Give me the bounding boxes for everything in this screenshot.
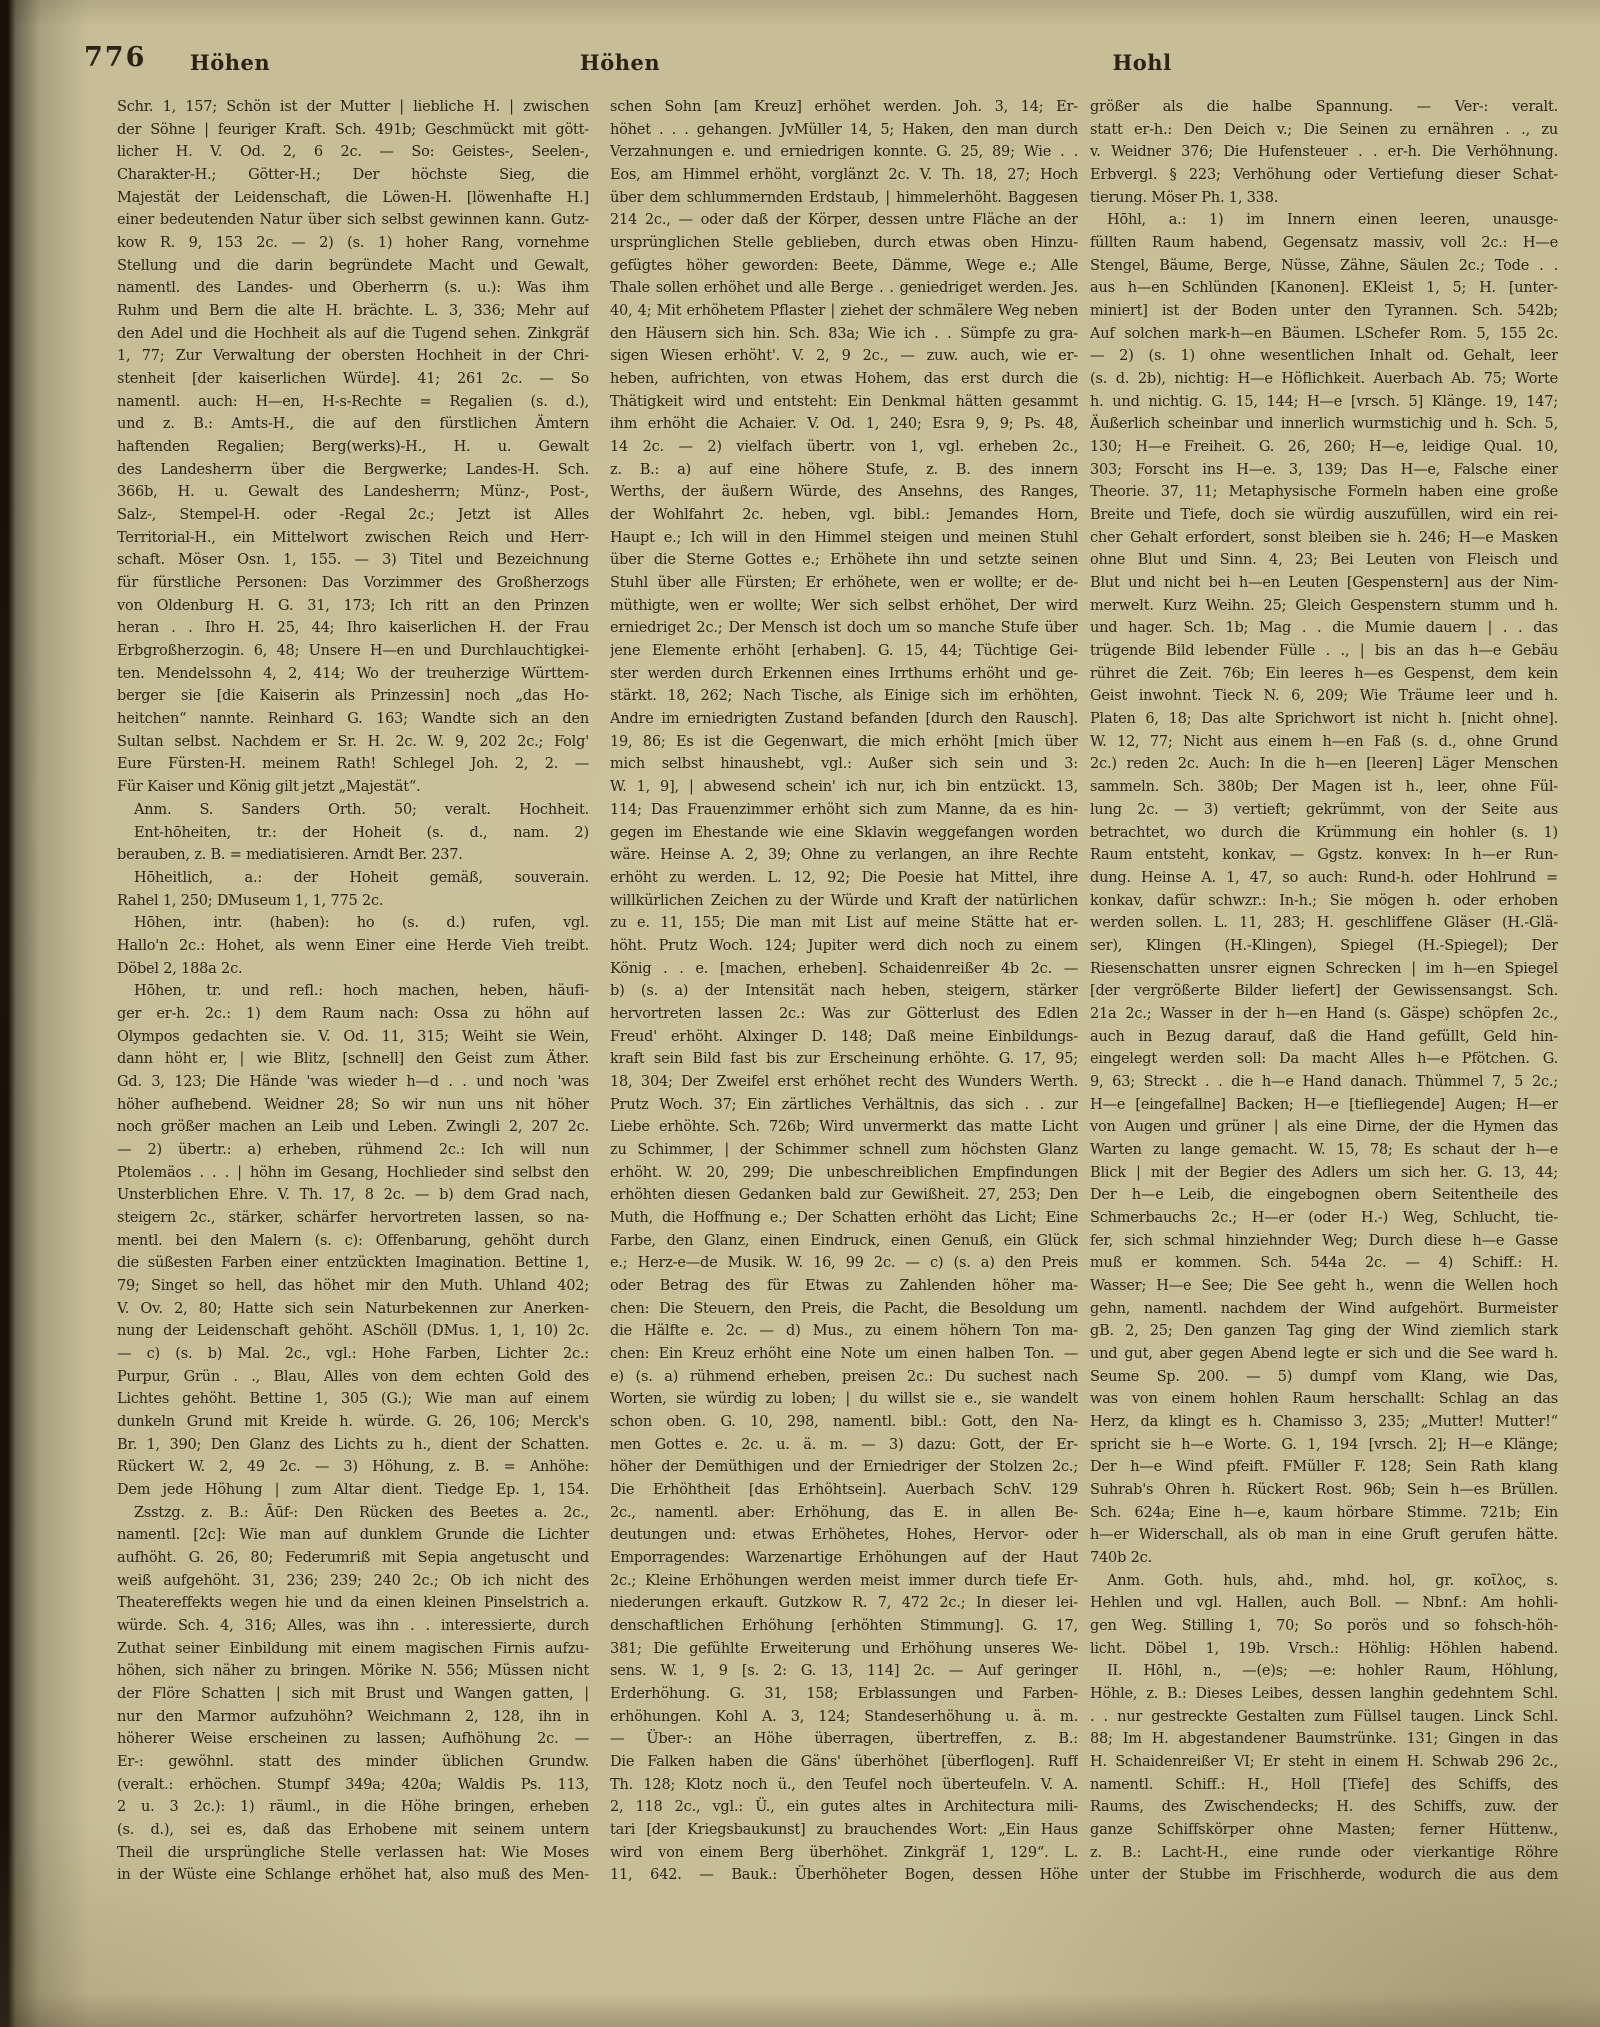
text-line: Stellung und die darin begründete Macht … bbox=[117, 255, 589, 278]
text-line: spricht sie h—e Worte. G. 1, 194 [vrsch.… bbox=[1090, 1434, 1558, 1457]
text-line: Dem jede Höhung | zum Altar dient. Tiedg… bbox=[117, 1479, 589, 1502]
text-line: jene Elemente erhöht [erhaben]. G. 15, 4… bbox=[610, 640, 1078, 663]
text-line: Döbel 2, 188a 2c. bbox=[117, 958, 589, 981]
text-line: der Wohlfahrt 2c. heben, vgl. bibl.: Jem… bbox=[610, 504, 1078, 527]
text-line: h. und nichtig. G. 15, 144; H—e [vrsch. … bbox=[1090, 391, 1558, 414]
text-line: Raum entsteht, konkav, — Ggstz. konvex: … bbox=[1090, 844, 1558, 867]
text-line: Emporragendes: Warzenartige Erhöhungen a… bbox=[610, 1547, 1078, 1570]
text-line: höher aufhebend. Weidner 28; So wir nun … bbox=[117, 1094, 589, 1117]
text-line: Hōhl, a.: 1) im Innern einen leeren, una… bbox=[1090, 209, 1558, 232]
text-line: niederungen erkauft. Gutzkow R. 7, 472 2… bbox=[610, 1592, 1078, 1615]
text-line: 130; H—e Freiheit. G. 26, 260; H—e, leid… bbox=[1090, 436, 1558, 459]
text-line: 214 2c., — oder daß der Körper, dessen u… bbox=[610, 209, 1078, 232]
text-line: namentl. des Landes- und Oberherrn (s. u… bbox=[117, 277, 589, 300]
text-line: größer als die halbe Spannung. — Ver-: v… bbox=[1090, 96, 1558, 119]
text-line: Schmerbauchs 2c.; H—er (oder H.-) Weg, S… bbox=[1090, 1207, 1558, 1230]
text-line: den Häusern sich hin. Sch. 83a; Wie ich … bbox=[610, 323, 1078, 346]
text-line: rühret die Zeit. 76b; Ein leeres h—es Ge… bbox=[1090, 663, 1558, 686]
text-line: Ent-hōheiten, tr.: der Hoheit (s. d., na… bbox=[117, 822, 589, 845]
text-line: ohne Blut und Sinn. 4, 23; Bei Leuten vo… bbox=[1090, 549, 1558, 572]
text-line: haftenden Regalien; Berg(werks)-H., H. u… bbox=[117, 436, 589, 459]
text-line: nung der Leidenschaft gehöht. ASchöll (D… bbox=[117, 1320, 589, 1343]
text-line: sigen Wiesen erhöht'. V. 2, 9 2c., — zuw… bbox=[610, 345, 1078, 368]
text-line: in der Wüste eine Schlange erhöhet hat, … bbox=[117, 1864, 589, 1887]
text-line: licht. Döbel 1, 19b. Vrsch.: Höhlig: Höh… bbox=[1090, 1638, 1558, 1661]
text-line: Blick | mit der Begier des Adlers um sic… bbox=[1090, 1162, 1558, 1185]
text-line: V. Ov. 2, 80; Hatte sich sein Naturbeken… bbox=[117, 1298, 589, 1321]
text-line: cher Gehalt erfordert, sonst bleiben sie… bbox=[1090, 527, 1558, 550]
text-line: Blut und nicht bei h—en Leuten [Gespenst… bbox=[1090, 572, 1558, 595]
text-line: erhöht zu werden. L. 12, 92; Die Poesie … bbox=[610, 867, 1078, 890]
text-line: erhöht. W. 20, 299; Die unbeschreibliche… bbox=[610, 1162, 1078, 1185]
text-line: Theatereffekts wegen hie und da einen kl… bbox=[117, 1592, 589, 1615]
text-line: Breite und Tiefe, doch sie würdig auszuf… bbox=[1090, 504, 1558, 527]
text-line: 2, 118 2c., vgl.: Ü., ein gutes altes in… bbox=[610, 1796, 1078, 1819]
text-line: würde. Sch. 4, 316; Alles, was ihn . . i… bbox=[117, 1615, 589, 1638]
text-line: Hehlen und vgl. Hallen, auch Boll. — Nbn… bbox=[1090, 1592, 1558, 1615]
text-line: Er-: gewöhnl. statt des minder üblichen … bbox=[117, 1751, 589, 1774]
text-line: 740b 2c. bbox=[1090, 1547, 1558, 1570]
text-line: Sultan selbst. Nachdem er Sr. H. 2c. W. … bbox=[117, 731, 589, 754]
text-line: — 2) (s. 1) ohne wesentlichen Inhalt od.… bbox=[1090, 345, 1558, 368]
text-line: 366b, H. u. Gewalt des Landesherrn; Münz… bbox=[117, 481, 589, 504]
text-line: fer, sich schmal hinziehnder Weg; Durch … bbox=[1090, 1230, 1558, 1253]
text-line: zu Schimmer, | der Schimmer schnell zum … bbox=[610, 1139, 1078, 1162]
text-line: Freud' erhöht. Alxinger D. 148; Daß mein… bbox=[610, 1026, 1078, 1049]
text-line: namentl. Schiff.: H., Holl [Tiefe] des S… bbox=[1090, 1774, 1558, 1797]
text-line: trügende Bild lebender Fülle . ., | bis … bbox=[1090, 640, 1558, 663]
text-line: sammeln. Sch. 380b; Der Magen ist h., le… bbox=[1090, 776, 1558, 799]
text-line: die süßesten Farben einer entzückten Ima… bbox=[117, 1252, 589, 1275]
text-line: Höhle, z. B.: Dieses Leibes, dessen lang… bbox=[1090, 1683, 1558, 1706]
text-line: und gut, aber gegen Abend legte er sich … bbox=[1090, 1343, 1558, 1366]
text-line: gB. 2, 25; Den ganzen Tag ging der Wind … bbox=[1090, 1320, 1558, 1343]
text-line: dunkeln Grund mit Kreide h. würde. G. 26… bbox=[117, 1411, 589, 1434]
text-line: Unsterblichen Ehre. V. Th. 17, 8 2c. — b… bbox=[117, 1184, 589, 1207]
text-line: — 2) übertr.: a) erheben, rühmend 2c.: I… bbox=[117, 1139, 589, 1162]
text-line: Warten zu lange gemacht. W. 15, 78; Es s… bbox=[1090, 1139, 1558, 1162]
text-line: über die Sterne Gottes e.; Erhöhete ihn … bbox=[610, 549, 1078, 572]
text-line: 2 u. 3 2c.): 1) räuml., in die Höhe brin… bbox=[117, 1796, 589, 1819]
text-line: tierung. Möser Ph. 1, 338. bbox=[1090, 187, 1558, 210]
text-line: e.; Herz-e—de Musik. W. 16, 99 2c. — c) … bbox=[610, 1252, 1078, 1275]
text-line: Geist inwohnt. Tieck N. 6, 209; Wie Träu… bbox=[1090, 685, 1558, 708]
text-line: den Adel und die Hochheit als auf die Tu… bbox=[117, 323, 589, 346]
text-line: weiß aufgehöht. 31, 236; 239; 240 2c.; O… bbox=[117, 1570, 589, 1593]
text-line: 88; Im H. abgestandener Baumstrünke. 131… bbox=[1090, 1728, 1558, 1751]
text-line: dann höht er, | wie Blitz, [schnell] den… bbox=[117, 1048, 589, 1071]
text-line: (veralt.: erhöchen. Stumpf 349a; 420a; W… bbox=[117, 1774, 589, 1797]
text-line: chen: Ein Kreuz erhöht eine Note um eine… bbox=[610, 1343, 1078, 1366]
text-line: Erbgroßherzogin. 6, 48; Unsere H—en und … bbox=[117, 640, 589, 663]
text-line: chen: Die Steuern, den Preis, die Pacht,… bbox=[610, 1298, 1078, 1321]
text-line: 40, 4; Mit erhöhetem Pflaster | ziehet d… bbox=[610, 300, 1078, 323]
text-line: über dem schlummernden Erdstaub, | himme… bbox=[610, 187, 1078, 210]
text-line: heben, aufrichten, von etwas Hohem, das … bbox=[610, 368, 1078, 391]
text-line: für fürstliche Personen: Das Vorzimmer d… bbox=[117, 572, 589, 595]
text-line: Anm. S. Sanders Orth. 50; veralt. Hochhe… bbox=[117, 799, 589, 822]
text-line: 381; Die gefühlte Erweiterung und Erhöhu… bbox=[610, 1638, 1078, 1661]
text-line: Eos, am Himmel erhöht, vorglänzt 2c. V. … bbox=[610, 164, 1078, 187]
text-line: wird von einem Berg überhöhet. Zinkgräf … bbox=[610, 1842, 1078, 1865]
text-line: ster werden durch Erkennen eines Irrthum… bbox=[610, 663, 1078, 686]
text-line: Farbe, den Glanz, einen Eindruck, einen … bbox=[610, 1230, 1078, 1253]
text-line: Herz, da klingt es h. Chamisso 3, 235; „… bbox=[1090, 1411, 1558, 1434]
text-line: von Augen und grüner | als eine Dirne, d… bbox=[1090, 1116, 1558, 1139]
text-line: und hager. Sch. 1b; Mag . . die Mumie da… bbox=[1090, 617, 1558, 640]
text-line: und z. B.: Amts-H., die auf den fürstlic… bbox=[117, 413, 589, 436]
running-head-right: Hohl bbox=[1112, 50, 1171, 75]
text-line: 9, 63; Streckt . . die h—e Hand danach. … bbox=[1090, 1071, 1558, 1094]
text-line: H—e [eingefallne] Backen; H—e [tiefliege… bbox=[1090, 1094, 1558, 1117]
text-line: (s. d. 2b), nichtig: H—e Höflichkeit. Au… bbox=[1090, 368, 1558, 391]
text-line: Worten, sie würdig zu loben; | du willst… bbox=[610, 1388, 1078, 1411]
text-line: Lichtes gehöht. Bettine 1, 305 (G.); Wie… bbox=[117, 1388, 589, 1411]
text-line: des Landesherrn über die Bergwerke; Land… bbox=[117, 459, 589, 482]
text-line: gefügtes höher geworden: Beete, Dämme, W… bbox=[610, 255, 1078, 278]
text-line: Erderhöhung. G. 31, 158; Erblassungen un… bbox=[610, 1683, 1078, 1706]
text-line: gegen im Ehestande wie eine Sklavin wegg… bbox=[610, 822, 1078, 845]
text-line: muß er kommen. Sch. 544a 2c. — 4) Schiff… bbox=[1090, 1252, 1558, 1275]
text-line: tari [der Kriegsbaukunst] zu brauchendes… bbox=[610, 1819, 1078, 1842]
text-line: Auf solchen mark-h—en Bäumen. LSchefer R… bbox=[1090, 323, 1558, 346]
text-line: mentl. bei den Malern (s. c): Offenbarun… bbox=[117, 1230, 589, 1253]
text-line: b) (s. a) der Intensität nach heben, ste… bbox=[610, 980, 1078, 1003]
text-line: Ruhm und Bern die alte H. brächte. L. 3,… bbox=[117, 300, 589, 323]
text-line: auch in Bezug darauf, daß die Hand gefül… bbox=[1090, 1026, 1558, 1049]
text-line: der Söhne | feuriger Kraft. Sch. 491b; G… bbox=[117, 119, 589, 142]
text-line: merwelt. Kurz Weihn. 25; Gleich Gespenst… bbox=[1090, 595, 1558, 618]
text-line: 2c.; Kleine Erhöhungen werden meist imme… bbox=[610, 1570, 1078, 1593]
text-line: miniert] ist der Boden unter den Tyranne… bbox=[1090, 300, 1558, 323]
text-line: 11, 642. — Bauk.: Überhöheter Bogen, des… bbox=[610, 1864, 1078, 1887]
text-line: ten. Mendelssohn 4, 2, 414; Wo der treuh… bbox=[117, 663, 589, 686]
text-line: namentl. [2c]: Wie man auf dunklem Grund… bbox=[117, 1524, 589, 1547]
text-line: [der vergrößerte Bilder liefert] der Gew… bbox=[1090, 980, 1558, 1003]
text-line: aus h—en Schlünden [Kanonen]. EKleist 1,… bbox=[1090, 277, 1558, 300]
text-line: z. B.: a) auf eine höhere Stufe, z. B. d… bbox=[610, 459, 1078, 482]
text-line: Gd. 3, 123; Die Hände 'was wieder h—d . … bbox=[117, 1071, 589, 1094]
text-line: 2c., namentl. aber: Erhöhung, das E. in … bbox=[610, 1502, 1078, 1525]
text-line: (s. d.), sei es, daß das Erhobene mit se… bbox=[117, 1819, 589, 1842]
text-column-1: Schr. 1, 157; Schön ist der Mutter | lie… bbox=[117, 96, 589, 1887]
page-number: 776 bbox=[84, 42, 146, 73]
text-line: höhet . . . gehangen. JvMüller 14, 5; Ha… bbox=[610, 119, 1078, 142]
text-line: Zsstzg. z. B.: Āūf-: Den Rücken des Beet… bbox=[117, 1502, 589, 1525]
text-line: W. 1, 9], | abwesend schein' ich nur, ic… bbox=[610, 776, 1078, 799]
text-line: Stuhl über alle Fürsten; Er erhöhete, we… bbox=[610, 572, 1078, 595]
text-line: Andre im erniedrigten Zustand befanden [… bbox=[610, 708, 1078, 731]
text-line: stenheit [der kaiserlichen Würde]. 41; 2… bbox=[117, 368, 589, 391]
text-line: Raums, des Zwischendecks; H. des Schiffs… bbox=[1090, 1796, 1558, 1819]
text-line: höherer Weise erscheinen zu lassen; Aufh… bbox=[117, 1728, 589, 1751]
text-line: einer bedeutenden Natur über sich selbst… bbox=[117, 209, 589, 232]
text-line: 303; Forscht ins H—e. 3, 139; Das H—e, F… bbox=[1090, 459, 1558, 482]
text-line: ursprünglichen Stelle geblieben, durch e… bbox=[610, 232, 1078, 255]
text-line: höhen, sich näher zu bringen. Mörike N. … bbox=[117, 1660, 589, 1683]
text-line: z. B.: Lacht-H., eine runde oder vierkan… bbox=[1090, 1842, 1558, 1865]
text-line: schaft. Möser Osn. 1, 155. — 3) Titel un… bbox=[117, 549, 589, 572]
text-line: nur den Marmor aufzuhöhn? Weichmann 2, 1… bbox=[117, 1706, 589, 1729]
text-line: müthigte, wen er wollte; Wer sich selbst… bbox=[610, 595, 1078, 618]
text-line: willkürlichen Zeichen zu der Würde und K… bbox=[610, 890, 1078, 913]
text-line: 14 2c. — 2) vielfach übertr. von 1, vgl.… bbox=[610, 436, 1078, 459]
text-line: heran . . Ihro H. 25, 44; Ihro kaiserlic… bbox=[117, 617, 589, 640]
text-line: schon oben. G. 10, 298, namentl. bibl.: … bbox=[610, 1411, 1078, 1434]
text-line: ger er-h. 2c.: 1) dem Raum nach: Ossa zu… bbox=[117, 1003, 589, 1026]
text-line: Sch. 624a; Eine h—e, kaum hörbare Stimme… bbox=[1090, 1502, 1558, 1525]
text-line: H. Schaidenreißer VI; Er steht in einem … bbox=[1090, 1751, 1558, 1774]
text-line: mich selbst hinaushebt, vgl.: Außer sich… bbox=[610, 753, 1078, 776]
text-line: Prutz Woch. 37; Ein zärtliches Verhältni… bbox=[610, 1094, 1078, 1117]
text-line: betrachtet, wo durch die Krümmung ein ho… bbox=[1090, 822, 1558, 845]
text-line: Wasser; H—e See; Die See geht h., wenn d… bbox=[1090, 1275, 1558, 1298]
text-line: Der h—e Leib, die eingebognen obern Seit… bbox=[1090, 1184, 1558, 1207]
text-line: höht. Prutz Woch. 124; Jupiter werd dich… bbox=[610, 935, 1078, 958]
text-line: Zuthat seiner Einbildung mit einem magis… bbox=[117, 1638, 589, 1661]
text-line: v. Weidner 376; Die Hufensteuer . . er-h… bbox=[1090, 141, 1558, 164]
text-line: noch größer machen an Leib und Leben. Zw… bbox=[117, 1116, 589, 1139]
text-line: Hōheitlich, a.: der Hoheit gemäß, souver… bbox=[117, 867, 589, 890]
text-column-2: schen Sohn [am Kreuz] erhöhet werden. Jo… bbox=[610, 96, 1078, 1887]
text-line: was von einem hohlen Raum herschallt: Sc… bbox=[1090, 1388, 1558, 1411]
text-line: Die Falken haben die Gäns' überhöhet [üb… bbox=[610, 1751, 1078, 1774]
text-line: Hōhen, tr. und refl.: hoch machen, heben… bbox=[117, 980, 589, 1003]
text-line: Theil die ursprüngliche Stelle verlassen… bbox=[117, 1842, 589, 1865]
text-line: von Oldenburg H. G. 31, 173; Ich ritt an… bbox=[117, 595, 589, 618]
text-line: berauben, z. B. = mediatisieren. Arndt B… bbox=[117, 844, 589, 867]
text-line: Platen 6, 18; Das alte Sprichwort ist ni… bbox=[1090, 708, 1558, 731]
text-line: heitchen“ nannte. Reinhard G. 163; Wandt… bbox=[117, 708, 589, 731]
text-line: steigern 2c., stärker, schärfer hervortr… bbox=[117, 1207, 589, 1230]
text-line: men Gottes e. 2c. u. ä. m. — 3) dazu: Go… bbox=[610, 1434, 1078, 1457]
text-line: Erbvergl. § 223; Verhöhung oder Vertiefu… bbox=[1090, 164, 1558, 187]
text-line: Eure Fürsten-H. meinem Rath! Schlegel Jo… bbox=[117, 753, 589, 776]
text-line: Rahel 1, 250; DMuseum 1, 1, 775 2c. bbox=[117, 890, 589, 913]
text-line: aufhöht. G. 26, 80; Federumriß mit Sepia… bbox=[117, 1547, 589, 1570]
text-line: erhöhungen. Kohl A. 3, 124; Standeserhöh… bbox=[610, 1706, 1078, 1729]
text-line: Suhrab's Ohren h. Rückert Rost. 96b; Sei… bbox=[1090, 1479, 1558, 1502]
text-line: Br. 1, 390; Den Glanz des Lichts zu h., … bbox=[117, 1434, 589, 1457]
text-line: Muth, die Hoffnung e.; Der Schatten erhö… bbox=[610, 1207, 1078, 1230]
text-line: h—er Widerschall, als ob man in eine Gru… bbox=[1090, 1524, 1558, 1547]
text-line: konkav, dafür schwzr.: In-h.; Sie mögen … bbox=[1090, 890, 1558, 913]
text-line: gen Weg. Stilling 1, 70; So porös und so… bbox=[1090, 1615, 1558, 1638]
text-line: Werths, der äußern Würde, des Ansehns, d… bbox=[610, 481, 1078, 504]
text-line: 114; Das Frauenzimmer erhöht sich zum Ma… bbox=[610, 799, 1078, 822]
text-line: Schr. 1, 157; Schön ist der Mutter | lie… bbox=[117, 96, 589, 119]
text-line: Thätigkeit wird und entsteht: Ein Denkma… bbox=[610, 391, 1078, 414]
text-line: 79; Singet so hell, das höhet mir den Mu… bbox=[117, 1275, 589, 1298]
text-line: 21a 2c.; Wasser in der h—en Hand (s. Gäs… bbox=[1090, 1003, 1558, 1026]
text-line: Hallo'n 2c.: Hohet, als wenn Einer eine … bbox=[117, 935, 589, 958]
text-line: eingelegt werden soll: Da macht Alles h—… bbox=[1090, 1048, 1558, 1071]
text-line: der Flöre Schatten | sich mit Brust und … bbox=[117, 1683, 589, 1706]
text-line: statt er-h.: Den Deich v.; Die Seinen zu… bbox=[1090, 119, 1558, 142]
text-line: — Über-: an Höhe überragen, übertreffen,… bbox=[610, 1728, 1078, 1751]
text-line: Ptolemäos . . . | höhn im Gesang, Hochli… bbox=[117, 1162, 589, 1185]
text-line: Majestät der Leidenschaft, die Löwen-H. … bbox=[117, 187, 589, 210]
running-head-center: Höhen bbox=[580, 50, 660, 75]
text-line: oder Betrag des für Etwas zu Zahlenden h… bbox=[610, 1275, 1078, 1298]
text-line: Liebe erhöhte. Sch. 726b; Wird unvermerk… bbox=[610, 1116, 1078, 1139]
text-line: . . nur gestreckte Gestalten zum Füllsel… bbox=[1090, 1706, 1558, 1729]
text-line: höher der Demüthigen und der Erniedriger… bbox=[610, 1456, 1078, 1479]
text-line: denschaftlichen Erhöhung [erhöhten Stimm… bbox=[610, 1615, 1078, 1638]
text-line: licher H. V. Od. 2, 6 2c. — So: Geistes-… bbox=[117, 141, 589, 164]
text-line: Seume Sp. 200. — 5) dumpf vom Klang, wie… bbox=[1090, 1366, 1558, 1389]
text-line: werden sollen. L. 11, 283; H. geschliffe… bbox=[1090, 912, 1558, 935]
text-line: Rückert W. 2, 49 2c. — 3) Höhung, z. B. … bbox=[117, 1456, 589, 1479]
text-line: lung 2c. — 3) vertieft; gekrümmt, von de… bbox=[1090, 799, 1558, 822]
text-line: Thale sollen erhöhet und alle Berge . . … bbox=[610, 277, 1078, 300]
text-line: kraft sein Bild fast bis zur Erscheinung… bbox=[610, 1048, 1078, 1071]
running-head-left: Höhen bbox=[190, 50, 270, 75]
text-column-3: größer als die halbe Spannung. — Ver-: v… bbox=[1090, 96, 1558, 1887]
text-line: Purpur, Grün . ., Blau, Alles von dem ec… bbox=[117, 1366, 589, 1389]
text-line: die Hälfte e. 2c. — d) Mus., zu einem hö… bbox=[610, 1320, 1078, 1343]
text-line: hervortreten lassen 2c.: Was zur Götterl… bbox=[610, 1003, 1078, 1026]
text-line: sens. W. 1, 9 [s. 2: G. 13, 114] 2c. — A… bbox=[610, 1660, 1078, 1683]
text-line: zu e. 11, 155; Die man mit List auf mein… bbox=[610, 912, 1078, 935]
text-line: berger sie [die Kaiserin als Prinzessin]… bbox=[117, 685, 589, 708]
text-line: dung. Heinse A. 1, 47, so auch: Rund-h. … bbox=[1090, 867, 1558, 890]
text-line: Die Erhöhtheit [das Erhöhtsein]. Auerbac… bbox=[610, 1479, 1078, 1502]
text-line: 18, 304; Der Zweifel erst erhöhet recht … bbox=[610, 1071, 1078, 1094]
text-line: Äußerlich scheinbar und innerlich wurmst… bbox=[1090, 413, 1558, 436]
text-line: Salz-, Stempel-H. oder -Regal 2c.; Jetzt… bbox=[117, 504, 589, 527]
text-line: ihm erhöht die Achaier. V. Od. 1, 240; E… bbox=[610, 413, 1078, 436]
text-line: II. Hōhl, n., —(e)s; —e: hohler Raum, Hö… bbox=[1090, 1660, 1558, 1683]
text-line: stärkt. 18, 262; Nach Tische, als Einige… bbox=[610, 685, 1078, 708]
text-line: Olympos gedachten sie. V. Od. 11, 315; W… bbox=[117, 1026, 589, 1049]
text-line: ser), Klingen (H.-Klingen), Spiegel (H.-… bbox=[1090, 935, 1558, 958]
text-line: Th. 128; Klotz noch ü., den Teufel noch … bbox=[610, 1774, 1078, 1797]
dictionary-page: 776 Höhen Höhen Hohl Schr. 1, 157; Schön… bbox=[0, 0, 1600, 2027]
text-line: König . . e. [machen, erheben]. Schaiden… bbox=[610, 958, 1078, 981]
text-line: e) (s. a) rühmend erheben, preisen 2c.: … bbox=[610, 1366, 1078, 1389]
text-line: Riesenschatten unsrer eignen Schrecken |… bbox=[1090, 958, 1558, 981]
text-line: W. 12, 77; Nicht aus einem h—en Faß (s. … bbox=[1090, 731, 1558, 754]
text-line: Territorial-H., ein Mittelwort zwischen … bbox=[117, 527, 589, 550]
text-line: Hōhen, intr. (haben): ho (s. d.) rufen, … bbox=[117, 912, 589, 935]
text-line: Charakter-H.; Götter-H.; Der höchste Sie… bbox=[117, 164, 589, 187]
text-line: namentl. auch: H—en, H-s-Rechte = Regali… bbox=[117, 391, 589, 414]
text-line: wäre. Heinse A. 2, 39; Ohne zu verlangen… bbox=[610, 844, 1078, 867]
text-line: 1, 77; Zur Verwaltung der obersten Hochh… bbox=[117, 345, 589, 368]
text-line: kow R. 9, 153 2c. — 2) (s. 1) hoher Rang… bbox=[117, 232, 589, 255]
text-line: Der h—e Wind pfeift. FMüller F. 128; Sei… bbox=[1090, 1456, 1558, 1479]
text-line: schen Sohn [am Kreuz] erhöhet werden. Jo… bbox=[610, 96, 1078, 119]
text-line: — c) (s. b) Mal. 2c., vgl.: Hohe Farben,… bbox=[117, 1343, 589, 1366]
text-line: Verzahnungen e. und erniedrigen konnte. … bbox=[610, 141, 1078, 164]
text-line: füllten Raum habend, Gegensatz massiv, v… bbox=[1090, 232, 1558, 255]
text-line: Für Kaiser und König gilt jetzt „Majestä… bbox=[117, 776, 589, 799]
text-line: erniedriget 2c.; Der Mensch ist doch um … bbox=[610, 617, 1078, 640]
text-line: deutungen und: etwas Erhöhetes, Hohes, H… bbox=[610, 1524, 1078, 1547]
text-line: erhöhten diesen Gedanken bald zur Gewißh… bbox=[610, 1184, 1078, 1207]
text-line: gehn, namentl. nachdem der Wind aufgehör… bbox=[1090, 1298, 1558, 1321]
text-line: 2c.) reden 2c. Auch: In die h—en [leeren… bbox=[1090, 753, 1558, 776]
text-line: Haupt e.; Ich will in den Himmel steigen… bbox=[610, 527, 1078, 550]
text-line: Anm. Goth. huls, ahd., mhd. hol, gr. κοῖ… bbox=[1090, 1570, 1558, 1593]
text-line: Theorie. 37, 11; Metaphysische Formeln h… bbox=[1090, 481, 1558, 504]
text-line: ganze Schiffskörper ohne Masten; ferner … bbox=[1090, 1819, 1558, 1842]
text-line: unter der Stubbe im Frischherde, wodurch… bbox=[1090, 1864, 1558, 1887]
text-line: 19, 86; Es ist die Gegenwart, die mich e… bbox=[610, 731, 1078, 754]
text-line: Stengel, Bäume, Berge, Nüsse, Zähne, Säu… bbox=[1090, 255, 1558, 278]
